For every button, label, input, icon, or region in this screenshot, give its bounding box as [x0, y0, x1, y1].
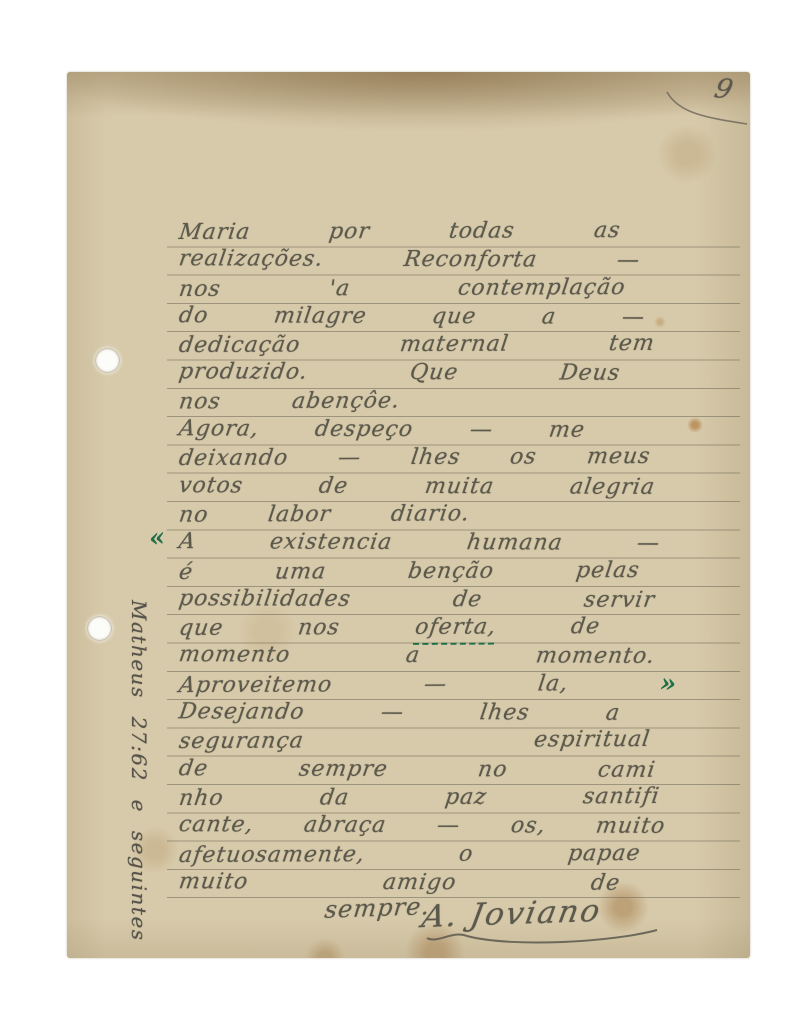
handwritten-word: por [327, 218, 372, 246]
handwritten-word: no [476, 756, 509, 784]
handwritten-word: votos [177, 472, 245, 501]
handwritten-word: tem [607, 330, 657, 359]
handwritten-word: Agora, [177, 415, 261, 444]
handwriting-line: produzido.QueDeus [179, 359, 620, 389]
handwritten-word: do [177, 302, 210, 330]
handwritten-word: contemplação [456, 274, 627, 303]
handwriting-line: realizações.Reconforta— [179, 245, 640, 275]
handwriting-line: votosdemuitaalegria [179, 472, 655, 502]
green-open-quote-mark: « [149, 523, 167, 554]
handwritten-word: nos [296, 614, 342, 642]
handwritten-word: espiritual [532, 726, 652, 755]
handwriting-lines: Mariaportodasasrealizações.Reconforta—no… [179, 218, 679, 897]
signature: A. Joviano [419, 893, 604, 935]
handwritten-word: maternal [399, 331, 512, 360]
handwritten-word: Deus [558, 360, 622, 388]
handwritten-word: Aproveitemo [177, 671, 334, 700]
handwritten-word: despeço [313, 416, 415, 445]
handwritten-word: uma [273, 558, 328, 587]
handwritten-word: 'a [327, 275, 352, 303]
handwritten-word: de [451, 586, 484, 614]
handwritten-word: — [435, 812, 462, 840]
handwritten-word: santifi [581, 783, 661, 812]
handwritten-word: a [404, 642, 422, 670]
handwritten-word: todas [447, 217, 516, 246]
handwriting-line: quenosoferta,de [179, 613, 600, 643]
margin-note: Matheus 27:62 e seguintes [126, 600, 152, 942]
handwritten-word: que [430, 303, 478, 331]
handwritten-word: humana [465, 529, 565, 558]
handwritten-word: — [379, 699, 406, 727]
handwritten-word: alegria [568, 473, 657, 502]
handwriting-line: Aproveitemo—la,» [179, 670, 677, 700]
handwriting-line: nos'acontemplação [179, 274, 625, 304]
closing-word: sempre. [323, 892, 431, 924]
handwritten-word: — [635, 530, 662, 558]
handwritten-word: oferta, [413, 614, 498, 646]
handwritten-word: la, [536, 670, 570, 698]
handwritten-word: lhes [478, 699, 532, 727]
handwritten-word: no [177, 501, 210, 529]
handwritten-word: segurança [177, 728, 306, 757]
handwritten-word: muito [177, 868, 250, 897]
scan-background: 9 Matheus 27:62 e seguintes Mariaportoda… [0, 0, 809, 1024]
letter-page: 9 Matheus 27:62 e seguintes Mariaportoda… [67, 72, 750, 958]
handwritten-word: cante, [177, 811, 256, 840]
handwriting-line: desemprenocami [179, 755, 655, 785]
handwritten-word: abençôe. [290, 387, 402, 416]
handwritten-word: benção [406, 557, 496, 586]
handwritten-word: abraça [302, 812, 388, 841]
handwritten-word: diario. [389, 500, 471, 529]
handwritten-word: lhes [409, 444, 462, 473]
handwriting-line: nosabençôe. [179, 387, 400, 416]
handwritten-word: a [540, 303, 558, 331]
handwritten-word: nho [177, 785, 225, 814]
handwritten-word: momento [177, 642, 292, 671]
handwritten-word: nos [177, 275, 223, 303]
handwritten-word: existencia [268, 529, 394, 558]
handwriting-line: afetuosamente,opapae [179, 840, 640, 870]
handwriting-line: nolabordiario. [179, 500, 470, 530]
handwritten-word: pelas [575, 557, 642, 586]
handwritten-word: da [318, 784, 351, 812]
handwritten-word: as [592, 217, 622, 245]
handwritten-word: a [604, 700, 622, 728]
handwritten-word: — [615, 247, 642, 275]
handwriting-line: éumabençãopelas [179, 557, 640, 587]
signature-block: A. Joviano [423, 896, 673, 946]
handwritten-word: milagre [272, 302, 369, 331]
handwritten-word: paz [443, 784, 489, 812]
handwritten-word: cami [596, 756, 657, 784]
handwritten-word: dedicação [177, 332, 302, 361]
handwritten-word: meus [585, 443, 652, 472]
handwritten-word: muito [594, 813, 667, 842]
handwriting-line: cante,abraça—os,muito [179, 811, 665, 841]
handwritten-word: afetuosamente, [177, 841, 367, 870]
handwritten-word: produzido. [177, 359, 310, 388]
handwritten-word: servir [582, 586, 657, 615]
handwriting-line: Desejando—lhesa [179, 698, 620, 728]
handwritten-word: os, [509, 813, 548, 841]
handwritten-word: realizações. [177, 245, 325, 274]
handwritten-word: momento. [534, 643, 657, 672]
hole-punch [95, 348, 120, 373]
handwriting-line: Mariaportodasas [179, 217, 620, 247]
handwritten-word: que [177, 615, 225, 644]
hole-punch [87, 616, 112, 641]
handwritten-word: — [336, 445, 363, 473]
handwriting-line: domilagrequea— [179, 302, 645, 332]
handwritten-word: de [569, 613, 602, 641]
handwritten-word: de [317, 472, 350, 500]
handwriting-line: dedicaçãomaternaltem [179, 330, 655, 360]
handwritten-word: é [177, 558, 195, 586]
handwritten-word: nos [177, 388, 223, 416]
handwritten-word: de [177, 755, 210, 783]
page-number-flourish [661, 88, 753, 134]
handwritten-word: papae [566, 840, 642, 869]
handwritten-word: os [508, 444, 538, 472]
handwriting-line: momentoamomento. [179, 642, 655, 672]
handwritten-word: sempre [297, 755, 390, 784]
handwritten-word: muita [423, 473, 496, 502]
handwritten-word: — [422, 671, 449, 699]
handwritten-word: Reconforta [402, 246, 539, 275]
handwriting-line: possibilidadesdeservir [179, 585, 655, 615]
handwritten-word: Maria [177, 219, 252, 248]
handwriting-line: nhodapazsantifi [179, 783, 660, 813]
handwritten-word: o [457, 840, 475, 868]
handwritten-word: — [468, 416, 495, 444]
handwriting-line: «Aexistenciahumana— [179, 528, 660, 558]
handwriting-line: segurançaespiritual [179, 726, 650, 756]
handwritten-word: Desejando [177, 698, 306, 727]
handwritten-word: deixando [177, 445, 290, 474]
handwritten-word: A [177, 528, 198, 556]
handwritten-word: Que [408, 360, 460, 388]
green-close-quote-mark: » [656, 669, 681, 698]
handwritten-word: labor [266, 501, 333, 530]
handwritten-word: me [547, 417, 587, 445]
handwritten-word: — [620, 304, 647, 332]
handwriting-line: Agora,despeço—me [179, 415, 585, 445]
handwriting-line: deixando—lhesosmeus [179, 443, 650, 473]
handwritten-word: possibilidades [177, 585, 353, 614]
